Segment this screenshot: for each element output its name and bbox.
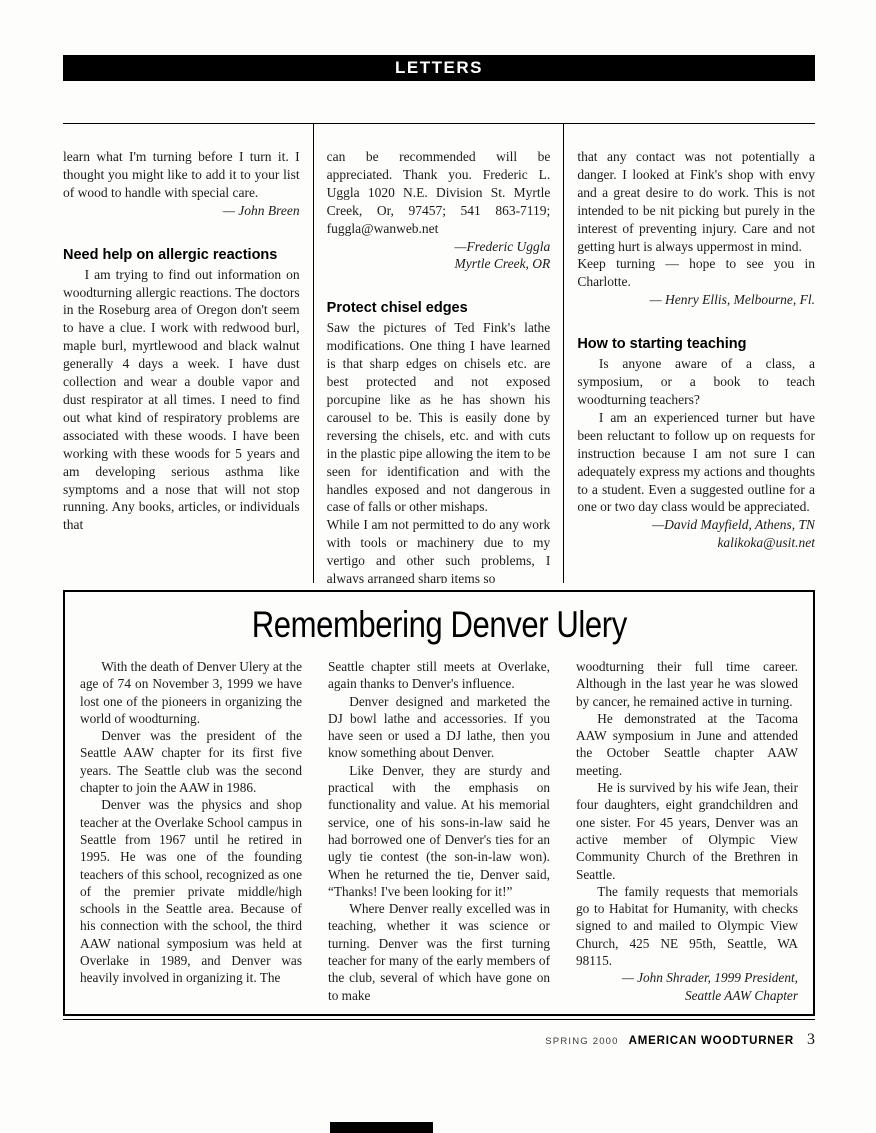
paragraph: can be recommended will be appreciated. … — [327, 148, 551, 238]
memorial-column-1: With the death of Denver Ulery at the ag… — [80, 658, 302, 1004]
paragraph: Denver designed and marketed the DJ bowl… — [328, 693, 550, 762]
paragraph: Denver was the physics and shop teacher … — [80, 796, 302, 986]
signature: — Henry Ellis, Melbourne, Fl. — [577, 291, 815, 309]
memorial-columns: With the death of Denver Ulery at the ag… — [80, 658, 798, 1004]
paragraph: Is anyone aware of a class, a symposium,… — [577, 355, 815, 409]
paragraph: Seattle chapter still meets at Overlake,… — [328, 658, 550, 693]
signature: Seattle AAW Chapter — [576, 987, 798, 1004]
footer-page-number: 3 — [807, 1031, 815, 1048]
paragraph: While I am not permitted to do any work … — [327, 516, 551, 583]
memorial-column-2: Seattle chapter still meets at Overlake,… — [328, 658, 550, 1004]
memorial-column-3: woodturning their full time career. Alth… — [576, 658, 798, 1004]
letters-column-2: can be recommended will be appreciated. … — [314, 124, 565, 583]
signature: —Frederic Uggla — [327, 238, 551, 256]
paragraph: woodturning their full time career. Alth… — [576, 658, 798, 710]
paragraph: I am an experienced turner but have been… — [577, 409, 815, 516]
letters-section-banner: LETTERS — [63, 55, 815, 81]
signature: —David Mayfield, Athens, TN — [577, 516, 815, 534]
letters-columns: learn what I'm turning before I turn it.… — [63, 123, 815, 583]
paragraph: Like Denver, they are sturdy and practic… — [328, 762, 550, 900]
signature: kalikoka@usit.net — [577, 534, 815, 552]
memorial-box: Remembering Denver Ulery With the death … — [63, 590, 815, 1016]
letter-heading: How to starting teaching — [577, 336, 815, 352]
letter-heading: Need help on allergic reactions — [63, 247, 300, 263]
footer-issue: SPRING 2000 — [545, 1036, 618, 1047]
memorial-title-wrap: Remembering Denver Ulery — [80, 604, 798, 646]
paragraph: He demonstrated at the Tacoma AAW sympos… — [576, 710, 798, 779]
paragraph: I am trying to find out information on w… — [63, 266, 300, 535]
paragraph: Saw the pictures of Ted Fink's lathe mod… — [327, 319, 551, 516]
memorial-title: Remembering Denver Ulery — [251, 604, 626, 646]
page-footer: SPRING 2000 AMERICAN WOODTURNER 3 — [63, 1019, 815, 1049]
paragraph: Keep turning — hope to see you in Charlo… — [577, 255, 815, 291]
signature: Myrtle Creek, OR — [327, 255, 551, 273]
paragraph: that any contact was not potentially a d… — [577, 148, 815, 255]
paragraph: He is survived by his wife Jean, their f… — [576, 779, 798, 883]
letters-column-3: that any contact was not potentially a d… — [564, 124, 815, 583]
paragraph: Denver was the president of the Seattle … — [80, 727, 302, 796]
letters-column-1: learn what I'm turning before I turn it.… — [63, 124, 314, 583]
paragraph: Where Denver really excelled was in teac… — [328, 900, 550, 1004]
paragraph: learn what I'm turning before I turn it.… — [63, 148, 300, 202]
signature: — John Shrader, 1999 President, — [576, 969, 798, 986]
signature: — John Breen — [63, 202, 300, 220]
footer-magazine-name: AMERICAN WOODTURNER — [629, 1035, 794, 1047]
paragraph: With the death of Denver Ulery at the ag… — [80, 658, 302, 727]
letter-heading: Protect chisel edges — [327, 300, 551, 316]
paragraph: The family requests that memorials go to… — [576, 883, 798, 969]
magazine-page: LETTERS learn what I'm turning before I … — [0, 0, 876, 1133]
print-registration-mark — [330, 1122, 433, 1133]
